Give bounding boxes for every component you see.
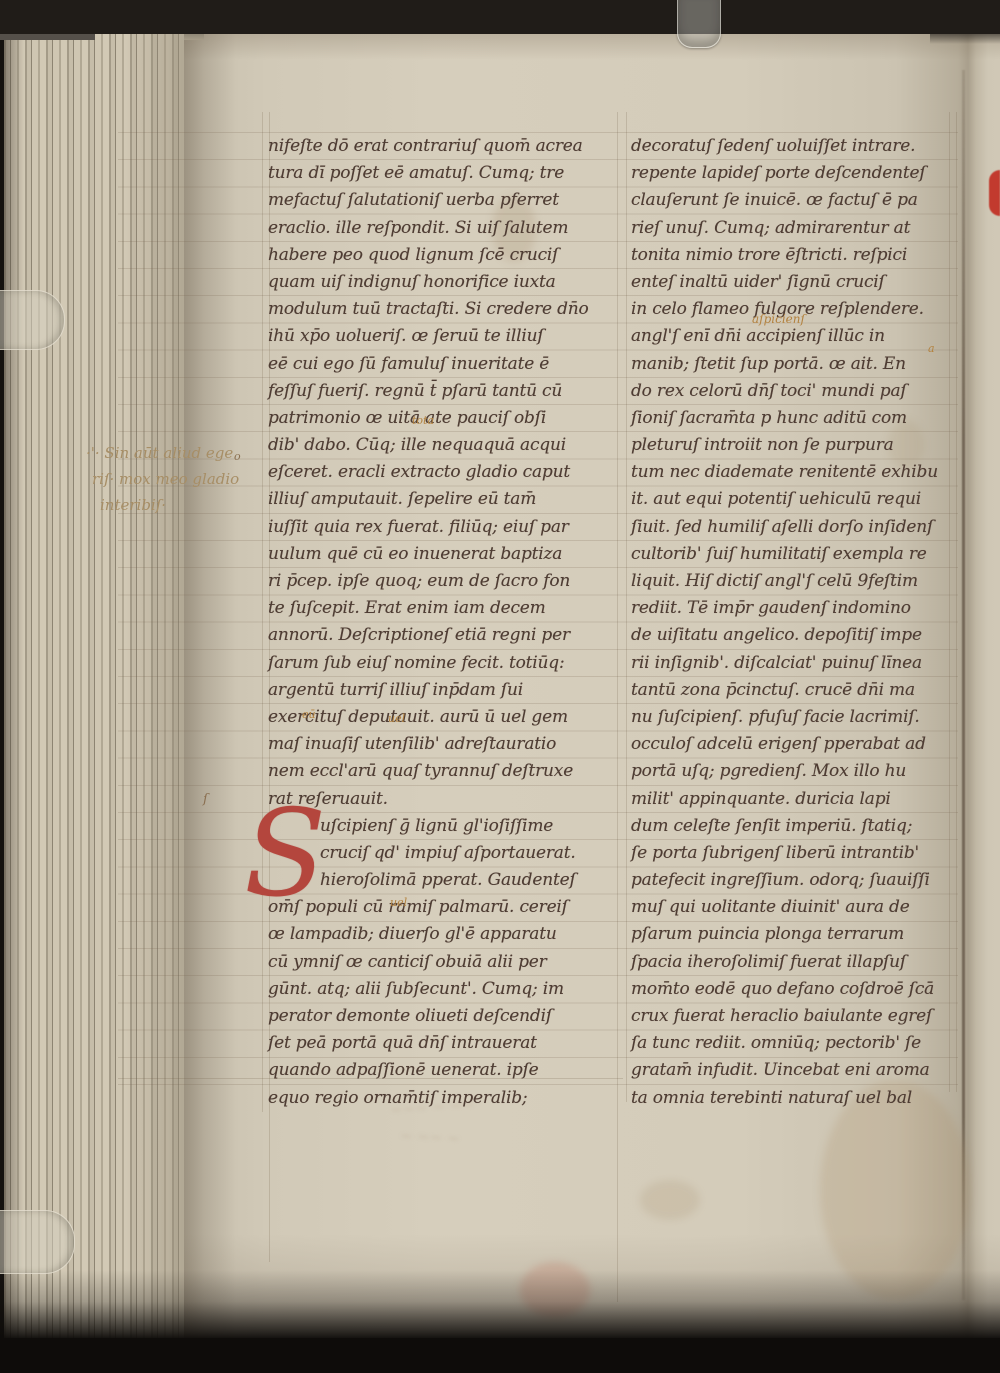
manuscript-line: habere peo quod lignum ſcē cruciſ xyxy=(268,242,618,269)
manuscript-line: it. aut equi potentiſ uehiculū requi xyxy=(631,486,963,513)
manuscript-line: equo regio ornam̄tiſ imperalib; xyxy=(268,1085,618,1112)
manuscript-line: ſe porta ſubrigenſ liberū intrantib' xyxy=(631,840,963,867)
margin-note-line: riſ· mox meo gladio xyxy=(86,466,286,492)
manuscript-line: gūnt. atq; alii ſubſecunt'. Cumq; im xyxy=(268,976,618,1003)
manuscript-line: tum nec diademate renitentē exhibu xyxy=(631,459,963,486)
manuscript-line: quam uiſ indignuſ honorifice iuxta xyxy=(268,269,618,296)
manuscript-line: argentū turriſ illiuſ inp̄dam ſui xyxy=(268,677,618,704)
text-column-right: decoratuſ ſedenſ uoluiſſet intrare.repen… xyxy=(631,133,963,1112)
manuscript-line: annorū. Deſcriptioneſ etiā regni per xyxy=(268,622,618,649)
manuscript-line: portā uſq; pgredienſ. Mox illo hu xyxy=(631,758,963,785)
manuscript-line: dum celeſte ſenſit imperiū. ſtatiq; xyxy=(631,813,963,840)
margin-note: ·'· Sin aūt aliud egeriſ· mox meo gladio… xyxy=(86,440,286,518)
manuscript-line: mom̄to eodē quo defano coſdroē ſcā xyxy=(631,976,963,1003)
interlinear-gloss: uel xyxy=(388,712,405,725)
manuscript-line: clauſerunt ſe inuicē. œ factuſ ē pa xyxy=(631,187,963,214)
stain xyxy=(820,1080,970,1300)
margin-mark: ſ xyxy=(203,792,208,807)
manuscript-line: cultorib' ſuiſ humilitatiſ exempla re xyxy=(631,541,963,568)
top-frame-right xyxy=(930,0,1000,44)
manuscript-line: illiuſ amputauit. ſepelire eū tam̄ xyxy=(268,486,618,513)
manuscript-line: eē cui ego ſū famuluſ inueritate ē xyxy=(268,351,618,378)
manuscript-line: dib' dabo. Cūq; ille nequaquā acqui xyxy=(268,432,618,459)
manuscript-line: ſet peā portā quā dn̄ſ intrauerat xyxy=(268,1030,618,1057)
manuscript-line: ſarum ſub eiuſ nomine fecit. totiūq: xyxy=(268,650,618,677)
manuscript-line: rii inſignib'. diſcalciat' puinuſ līnea xyxy=(631,650,963,677)
manuscript-line: perator demonte oliueti deſcendiſ xyxy=(268,1003,618,1030)
manuscript-line: angl'ſ enī dn̄i accipienſ illūc in xyxy=(631,323,963,350)
stain xyxy=(640,1180,700,1220)
manuscript-line: ſioniſ ſacram̄ta p hunc aditū com xyxy=(631,405,963,432)
margin-note-line: interibiſ· xyxy=(86,492,286,518)
interlinear-gloss: tota xyxy=(412,414,434,427)
manuscript-line: pleturuſ introiit non ſe purpura xyxy=(631,432,963,459)
manuscript-line: enteſ inaltū uider' ſignū cruciſ xyxy=(631,269,963,296)
manuscript-line: tura dī poſſet eē amatuſ. Cumq; tre xyxy=(268,160,618,187)
page-clip-left-lower xyxy=(0,1210,75,1274)
manuscript-line: ri p̄cep. ipſe quoq; eum de ſacro fon xyxy=(268,568,618,595)
page-clip-left-upper xyxy=(0,290,65,350)
interlinear-gloss: eū xyxy=(302,708,316,721)
transparent-page-clip-top xyxy=(677,0,721,48)
superscript-gloss: a xyxy=(928,342,935,355)
illuminated-initial: S xyxy=(244,800,314,920)
manuscript-line: modulum tuū tractaſti. Si credere dn̄o xyxy=(268,296,618,323)
manuscript-line: cū ymniſ œ canticiſ obuiā alii per xyxy=(268,949,618,976)
manuscript-line: rieſ unuſ. Cumq; admirarentur at xyxy=(631,215,963,242)
manuscript-line: feſſuſ fueriſ. regnū t̄ pſarū tantū cū xyxy=(268,378,618,405)
top-frame xyxy=(0,0,1000,34)
manuscript-line: manib; ſtetit ſup portā. œ ait. En xyxy=(631,351,963,378)
manuscript-line: ſa tunc rediit. omniūq; pectorib' ſe xyxy=(631,1030,963,1057)
manuscript-line: ihū xp̄o uolueriſ. œ ſeruū te illiuſ xyxy=(268,323,618,350)
text-column-left: nifeſte dō erat contrariuſ quom̄ acreatu… xyxy=(268,133,618,1112)
manuscript-line: nem eccl'arū quaſ tyrannuſ deſtruxe xyxy=(268,758,618,785)
manuscript-line: quando adpaſſionē uenerat. ipſe xyxy=(268,1057,618,1084)
manuscript-line: patefecit ingreſſium. odorq; ſuauiſſi xyxy=(631,867,963,894)
manuscript-line: œ lampadib; diuerſo gl'ē apparatu xyxy=(268,921,618,948)
vertical-rule xyxy=(626,112,627,1102)
margin-mark: o xyxy=(234,450,241,463)
manuscript-line: nifeſte dō erat contrariuſ quom̄ acrea xyxy=(268,133,618,160)
manuscript-line: decoratuſ ſedenſ uoluiſſet intrare. xyxy=(631,133,963,160)
show-through-smudge: ~ ~~ ~ xyxy=(400,1126,461,1147)
bottom-frame xyxy=(0,1338,1000,1373)
manuscript-line: te ſuſcepit. Erat enim iam decem xyxy=(268,595,618,622)
manuscript-line: tonita nimio trore ēſtricti. reſpici xyxy=(631,242,963,269)
red-edge-mark xyxy=(989,170,1000,216)
manuscript-line: crux fuerat heraclio baiulante egreſ xyxy=(631,1003,963,1030)
manuscript-line: tantū zona p̄cinctuſ. crucē dn̄i ma xyxy=(631,677,963,704)
manuscript-line: milit' appinquante. duricia lapi xyxy=(631,786,963,813)
manuscript-line: patrimonio œ uitā ate pauciſ obſi xyxy=(268,405,618,432)
margin-note-line: ·'· Sin aūt aliud ege xyxy=(86,440,286,466)
manuscript-line: maſ inuaſiſ utenſilib' adreſtauratio xyxy=(268,731,618,758)
manuscript-line: ſiuit. ſed humiliſ aſelli dorſo inſidenſ xyxy=(631,514,963,541)
manuscript-line: mefactuſ ſalutationiſ uerba pferret xyxy=(268,187,618,214)
manuscript-line: eraclio. ille reſpondit. Si uiſ ſalutem xyxy=(268,215,618,242)
interlinear-gloss: aſpicienſ xyxy=(752,312,805,326)
bottom-shadow xyxy=(0,1270,1000,1340)
manuscript-line: eſceret. eracli extracto gladio caput xyxy=(268,459,618,486)
manuscript-line: de uiſitatu angelico. depoſitiſ impe xyxy=(631,622,963,649)
manuscript-line: muſ qui uolitante diuinit' aura de xyxy=(631,894,963,921)
manuscript-line: pſarum puincia plonga terrarum xyxy=(631,921,963,948)
manuscript-line: liquit. Hiſ dictiſ angl'ſ celū 9feſtim xyxy=(631,568,963,595)
vertical-rule xyxy=(262,112,263,1112)
manuscript-line: ſpacia iheroſolimiſ fuerat illapſuſ xyxy=(631,949,963,976)
manuscript-line: do rex celorū dn̄ſ toci' mundi paſ xyxy=(631,378,963,405)
manuscript-line: gratam̄ infudit. Uincebat eni aroma xyxy=(631,1057,963,1084)
manuscript-line: uulum quē cū eo inuenerat baptiza xyxy=(268,541,618,568)
manuscript-line: occuloſ adcelū erigenſ pperabat ad xyxy=(631,731,963,758)
manuscript-line: nu ſuſcipienſ. pfuſuſ facie lacrimiſ. xyxy=(631,704,963,731)
manuscript-line: exercituſ deputauit. aurū ū uel gem xyxy=(268,704,618,731)
manuscript-line: rediit. Tē imp̄r gaudenſ indomino xyxy=(631,595,963,622)
interlinear-gloss: uel xyxy=(390,896,407,909)
manuscript-line: ta omnia terebinti naturaſ uel bal xyxy=(631,1085,963,1112)
manuscript-line: iuſſit quia rex fuerat. filiūq; eiuſ par xyxy=(268,514,618,541)
manuscript-line: repente lapideſ porte deſcendenteſ xyxy=(631,160,963,187)
